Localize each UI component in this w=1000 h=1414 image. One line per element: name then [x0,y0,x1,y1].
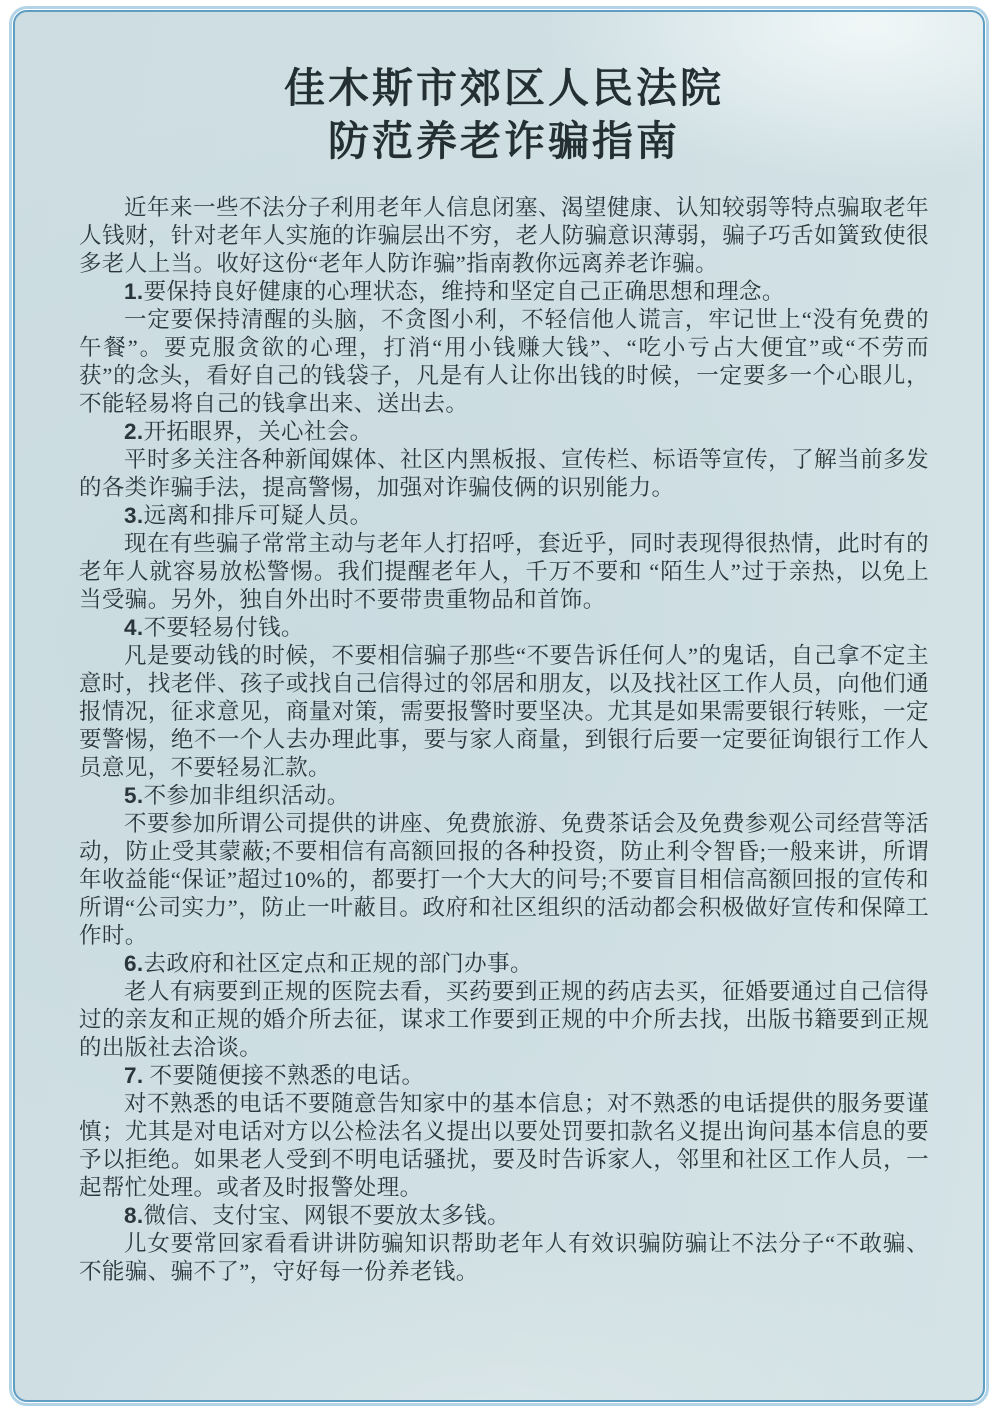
section-5-heading: 5.不参加非组织活动。 [79,782,929,810]
document-body: 近年来一些不法分子利用老年人信息闭塞、渴望健康、认知较弱等特点骗取老年人钱财，针… [79,194,929,1286]
section-4-heading-text: 不要轻易付钱。 [144,615,304,640]
section-2-heading-text: 开拓眼界，关心社会。 [144,419,373,444]
section-1-heading-text: 要保持良好健康的心理状态，维持和坚定自己正确思想和理念。 [144,279,785,304]
section-3-number: 3. [124,503,144,528]
section-5-heading-text: 不参加非组织活动。 [144,783,350,808]
section-7-body: 对不熟悉的电话不要随意告知家中的基本信息；对不熟悉的电话提供的服务要谨慎；尤其是… [79,1090,929,1202]
section-3-body: 现在有些骗子常常主动与老年人打招呼，套近乎，同时表现得很热情，此时有的老年人就容… [79,530,929,614]
document-title-line2: 防范养老诈骗指南 [79,115,929,168]
section-7-number: 7. [124,1063,144,1088]
section-2-body: 平时多关注各种新闻媒体、社区内黑板报、宣传栏、标语等宣传，了解当前多发的各类诈骗… [79,446,929,502]
section-5-number: 5. [124,783,144,808]
section-3-heading: 3.远离和排斥可疑人员。 [79,502,929,530]
section-6-number: 6. [124,951,144,976]
section-6-heading: 6.去政府和社区定点和正规的部门办事。 [79,950,929,978]
section-2-number: 2. [124,419,144,444]
section-7-heading: 7. 不要随便接不熟悉的电话。 [79,1062,929,1090]
section-8-heading-text: 微信、支付宝、网银不要放太多钱。 [144,1203,510,1228]
section-6-body: 老人有病要到正规的医院去看，买药要到正规的药店去买，征婚要通过自己信得过的亲友和… [79,978,929,1062]
section-3-heading-text: 远离和排斥可疑人员。 [144,503,373,528]
section-1-body: 一定要保持清醒的头脑，不贪图小利，不轻信他人谎言，牢记世上“没有免费的午餐”。要… [79,306,929,418]
section-8-body: 儿女要常回家看看讲讲防骗知识帮助老年人有效识骗防骗让不法分子“不敢骗、不能骗、骗… [79,1230,929,1286]
section-4-body: 凡是要动钱的时候，不要相信骗子那些“不要告诉任何人”的鬼话，自己拿不定主意时，找… [79,642,929,782]
intro-paragraph: 近年来一些不法分子利用老年人信息闭塞、渴望健康、认知较弱等特点骗取老年人钱财，针… [79,194,929,278]
scanned-paper: 佳木斯市郊区人民法院 防范养老诈骗指南 近年来一些不法分子利用老年人信息闭塞、渴… [13,10,985,1402]
section-5-body: 不要参加所谓公司提供的讲座、免费旅游、免费茶话会及免费参观公司经营等活动，防止受… [79,810,929,950]
section-4-heading: 4.不要轻易付钱。 [79,614,929,642]
section-7-heading-text: 不要随便接不熟悉的电话。 [144,1063,425,1088]
section-2-heading: 2.开拓眼界，关心社会。 [79,418,929,446]
document-content: 佳木斯市郊区人民法院 防范养老诈骗指南 近年来一些不法分子利用老年人信息闭塞、渴… [15,12,983,1286]
document-title-line1: 佳木斯市郊区人民法院 [79,62,929,115]
section-4-number: 4. [124,615,144,640]
section-1-heading: 1.要保持良好健康的心理状态，维持和坚定自己正确思想和理念。 [79,278,929,306]
photo-border-frame: 佳木斯市郊区人民法院 防范养老诈骗指南 近年来一些不法分子利用老年人信息闭塞、渴… [9,6,989,1406]
section-8-heading: 8.微信、支付宝、网银不要放太多钱。 [79,1202,929,1230]
section-1-number: 1. [124,279,144,304]
section-8-number: 8. [124,1203,144,1228]
section-6-heading-text: 去政府和社区定点和正规的部门办事。 [144,951,533,976]
